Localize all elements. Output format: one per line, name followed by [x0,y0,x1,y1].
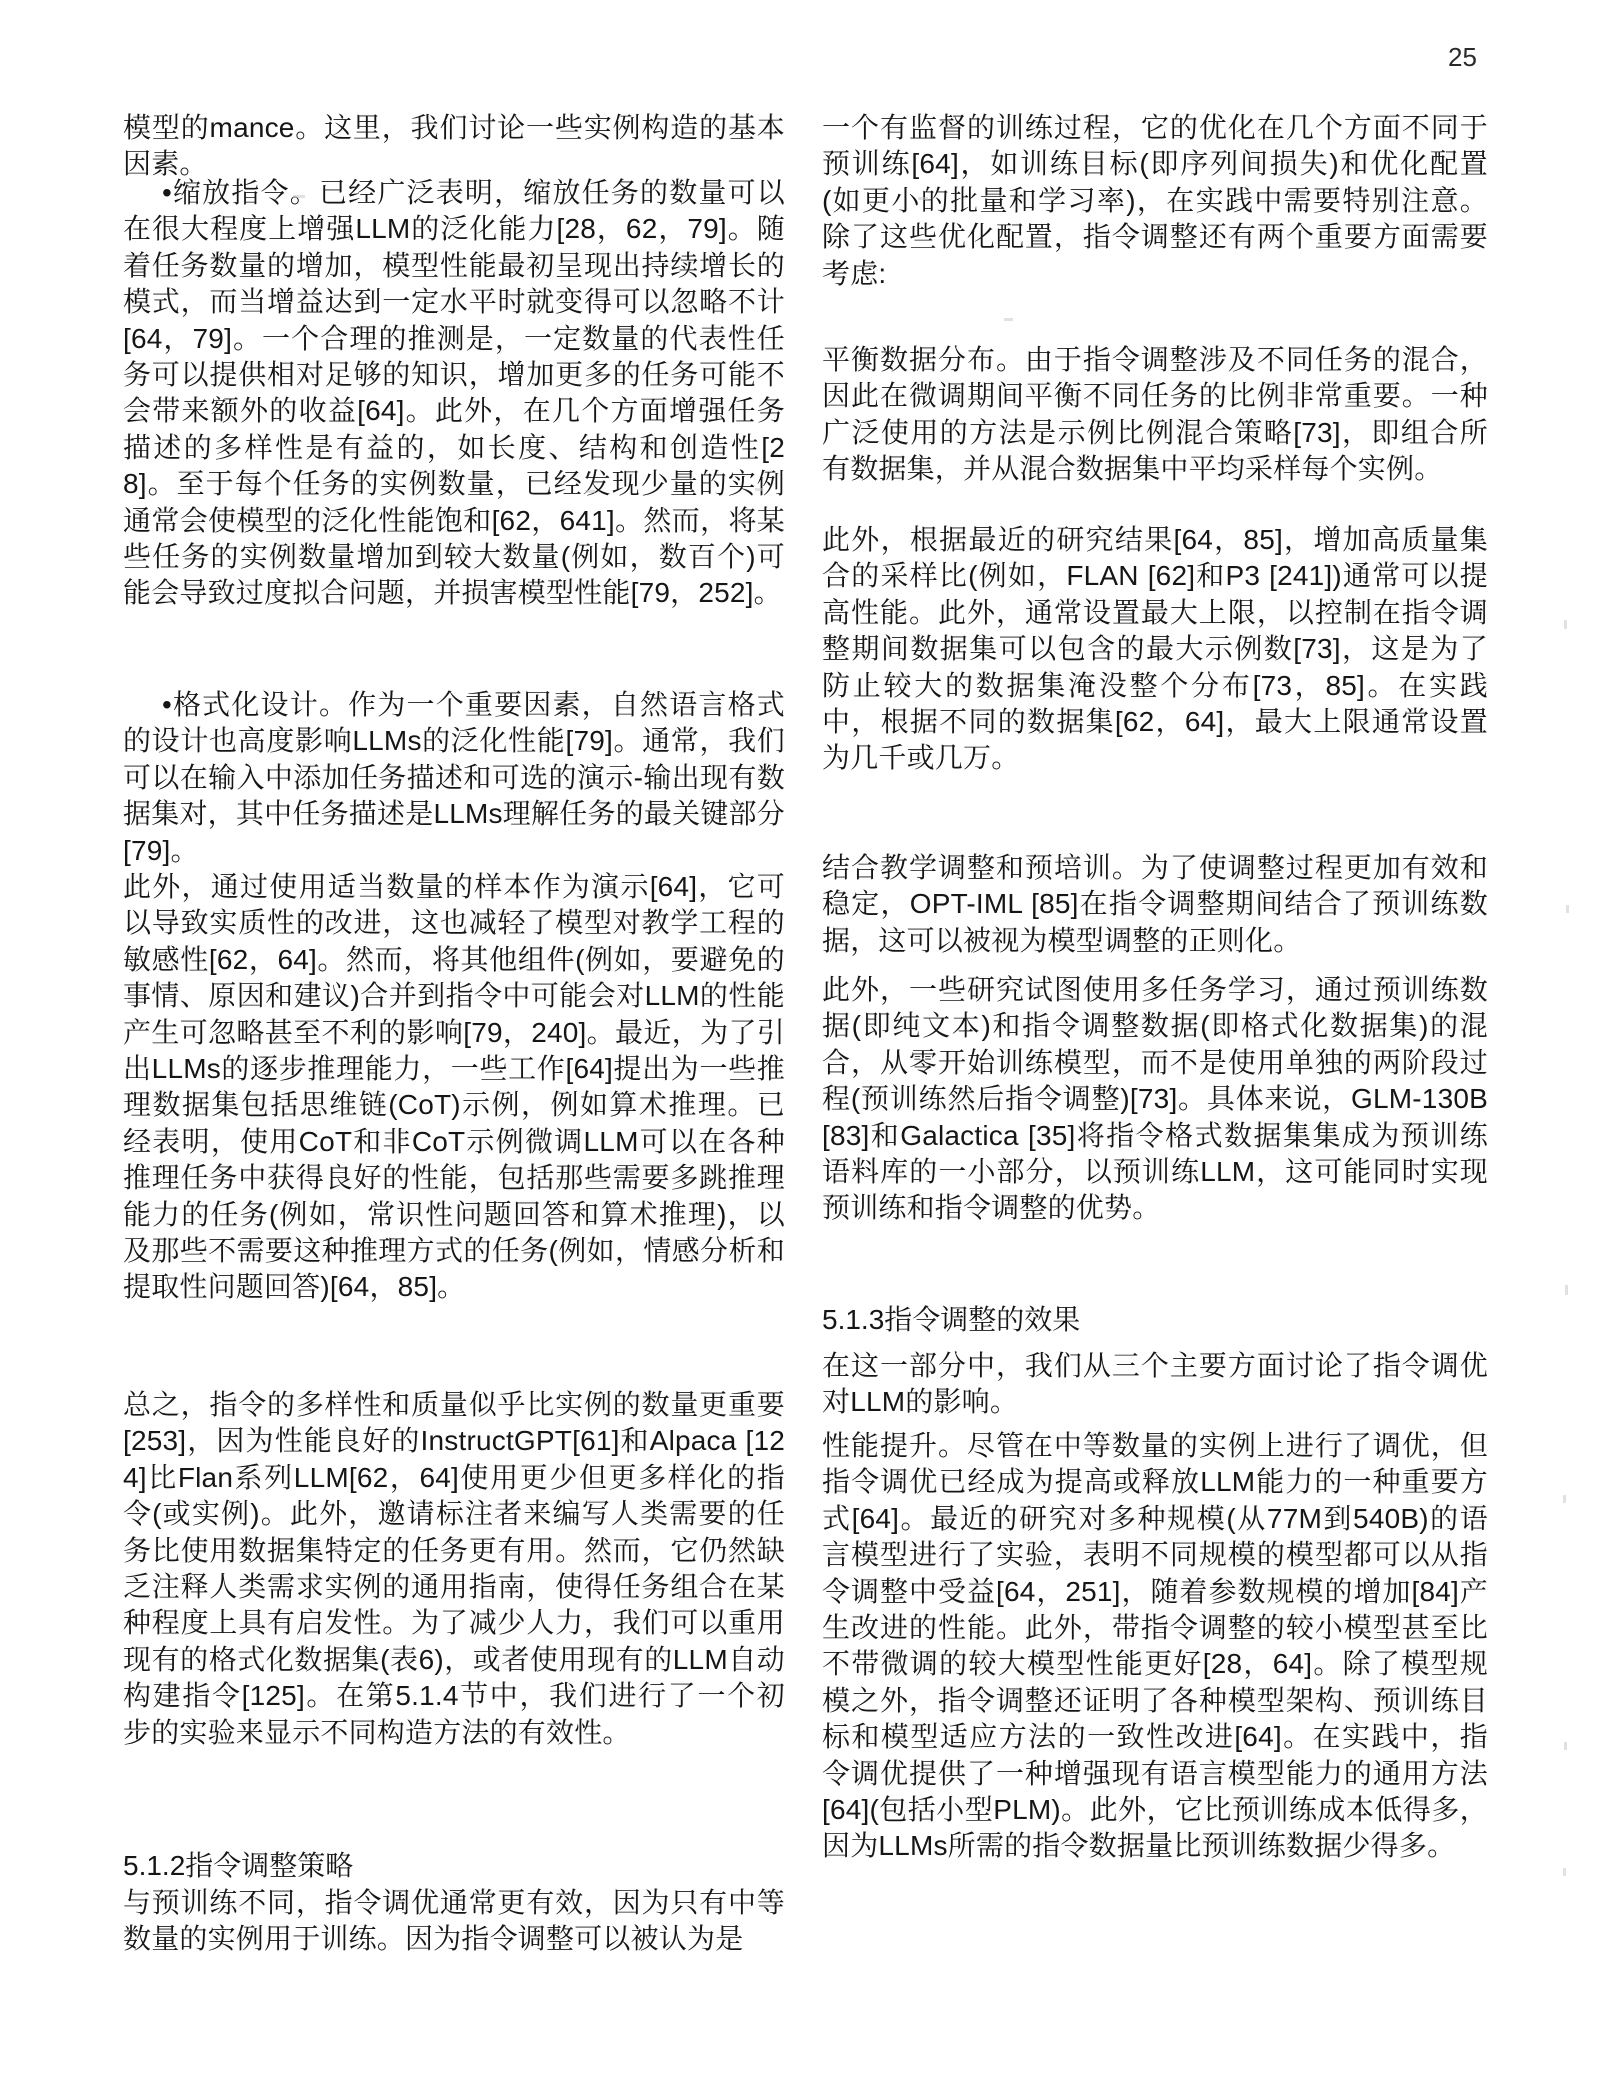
section-5-1-3-paragraph: 在这一部分中，我们从三个主要方面讨论了指令调优对LLM的影响。 [822,1348,1488,1421]
para-sampling-ratio: 此外，根据最近的研究结果[64，85]，增加高质量集合的采样比(例如，FLAN … [822,522,1488,777]
scan-artifact [540,197,550,200]
scan-artifact [1564,620,1567,629]
formatting-design-continued: 此外，通过使用适当数量的样本作为演示[64]，它可以导致实质性的改进，这也减轻了… [123,869,785,1306]
document-page: 25 模型的mance。这里，我们讨论一些实例构造的基本因素。 •缩放指令。已经… [0,0,1620,2097]
summary-paragraph: 总之，指令的多样性和质量似乎比实例的数量更重要[253]，因为性能良好的Inst… [123,1387,785,1751]
scan-artifact [1563,1868,1566,1876]
scan-artifact [293,195,305,198]
para-supervised-training: 一个有监督的训练过程，它的优化在几个方面不同于预训练[64]，如训练目标(即序列… [822,110,1488,292]
section-5-1-2-paragraph: 与预训练不同，指令调优通常更有效，因为只有中等数量的实例用于训练。因为指令调整可… [123,1885,785,1958]
scan-artifact [1563,1495,1566,1503]
scan-artifact [300,489,312,492]
scan-artifact [1566,905,1569,913]
scan-artifact [585,490,595,493]
bullet-formatting-design: •格式化设计。作为一个重要因素，自然语言格式的设计也高度影响LLMs的泛化性能[… [123,687,785,869]
bullet-scaling-instructions: •缩放指令。已经广泛表明，缩放任务的数量可以在很大程度上增强LLM的泛化能力[2… [123,175,785,612]
scan-artifact [1004,318,1013,321]
para-balancing-data-distribution: 平衡数据分布。由于指令调整涉及不同任务的混合，因此在微调期间平衡不同任务的比例非… [822,342,1488,488]
left-intro-line: 模型的mance。这里，我们讨论一些实例构造的基本因素。 [123,110,785,183]
para-performance-improvement: 性能提升。尽管在中等数量的实例上进行了调优，但指令调优已经成为提高或释放LLM能… [822,1428,1488,1865]
section-5-1-3-heading: 5.1.3指令调整的效果 [822,1302,1080,1338]
scan-artifact [1564,1742,1567,1750]
page-number: 25 [1448,42,1508,73]
section-5-1-2-heading: 5.1.2指令调整策略 [123,1848,353,1884]
scan-artifact [918,197,928,200]
scan-artifact [1565,1285,1568,1295]
scan-artifact [755,488,763,491]
para-multitask-learning: 此外，一些研究试图使用多任务学习，通过预训练数据(即纯文本)和指令调整数据(即格… [822,972,1488,1227]
para-combining-pretraining: 结合教学调整和预培训。为了使调整过程更加有效和稳定，OPT-IML [85]在指… [822,850,1488,959]
